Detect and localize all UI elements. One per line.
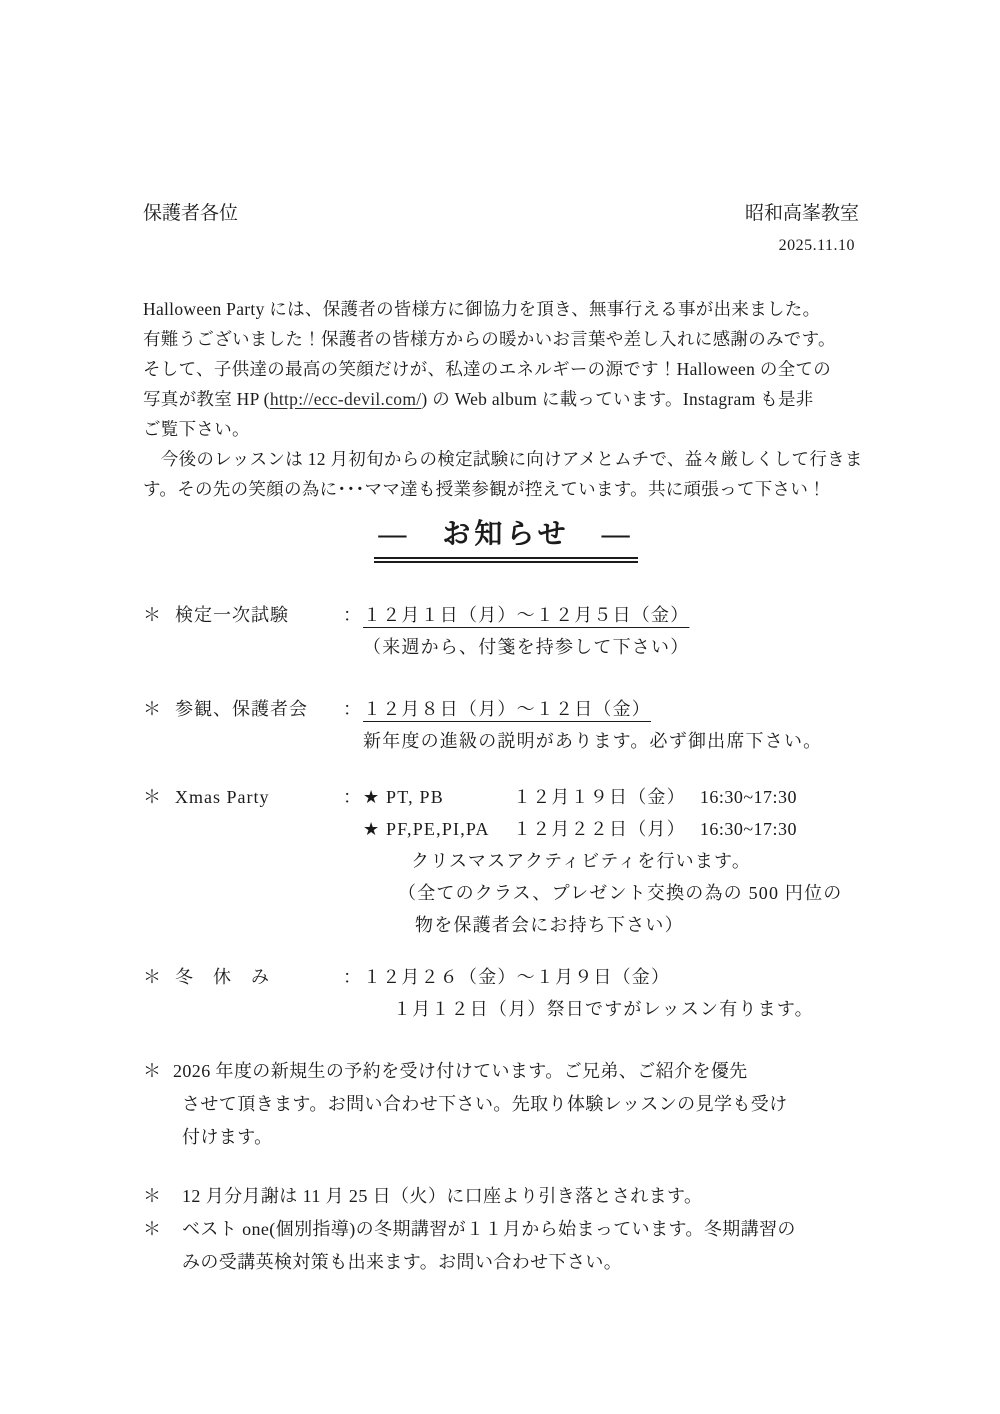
text-line: 付けます。 <box>182 1121 869 1154</box>
text-line: 有難うございました！保護者の皆様方からの暖かいお言葉や差し入れに感謝のみです。 <box>143 324 869 354</box>
observation-note: 新年度の進級の説明があります。必ず御出席下さい。 <box>363 725 869 757</box>
item-colon: ： <box>343 961 363 1025</box>
schedule-item-exam: ＊ 検定一次試験 ： １２月１日（月）～１２月５日（金） （来週から、付箋を持参… <box>143 599 869 663</box>
xmas-gift-note: 物を保護者会にお持ち下さい） <box>415 909 869 941</box>
announcement-heading-wrap: ― お知らせ ― <box>143 518 869 563</box>
item-label: 冬 休 み <box>175 961 343 1025</box>
item-content: １２月２６（金）～１月９日（金） １月１２日（月）祭日ですがレッスン有ります。 <box>363 961 869 1025</box>
xmas-activity-note: クリスマスアクティビティを行います。 <box>411 845 869 877</box>
item-colon: ： <box>343 781 363 941</box>
text-line: す。その先の笑顔の為に･･･ママ達も授業参観が控えています。共に頑張って下さい！ <box>143 474 869 504</box>
announcement-heading: ― お知らせ ― <box>374 518 637 563</box>
text-line-with-link: 写真が教室 HP (http://ecc-devil.com/) の Web a… <box>143 384 869 414</box>
asterisk-bullet-icon: ＊ <box>143 693 175 757</box>
xmas-date: １２月１９日（金） <box>513 781 686 813</box>
note-text: 2026 年度の新規生の予約を受け付けています。ご兄弟、ご紹介を優先 させて頂き… <box>182 1055 869 1154</box>
asterisk-bullet-icon: ＊ <box>143 781 175 941</box>
note-text: 12 月分月謝は 11 月 25 日（火）に口座より引き落とされます。 <box>182 1180 869 1213</box>
text-line: みの受講英検対策も出来ます。お問い合わせ下さい。 <box>182 1246 869 1279</box>
item-colon: ： <box>343 693 363 757</box>
exam-note: （来週から、付箋を持参して下さい） <box>363 631 869 663</box>
item-label: 参観、保護者会 <box>175 693 343 757</box>
asterisk-bullet-icon: ＊ <box>143 599 175 663</box>
note-tuition: ＊ 12 月分月謝は 11 月 25 日（火）に口座より引き落とされます。 <box>143 1180 869 1213</box>
winter-break-date-range: １２月２６（金）～１月９日（金） <box>363 961 869 993</box>
class-codes: ★ PT, PB <box>363 781 513 813</box>
item-label: Xmas Party <box>175 781 343 941</box>
text-line: Halloween Party には、保護者の皆様方に御協力を頂き、無事行える事… <box>143 294 869 324</box>
text-line: ベスト one(個別指導)の冬期講習が１１月から始まっています。冬期講習の <box>182 1213 869 1246</box>
note-best-one: ＊ ベスト one(個別指導)の冬期講習が１１月から始まっています。冬期講習の … <box>143 1213 869 1279</box>
xmas-schedule-row: ★ PT, PB １２月１９日（金） 16:30~17:30 <box>363 781 869 813</box>
observation-date-range: １２月８日（月）～１２日（金） <box>363 699 651 719</box>
link-suffix: ) の Web album に載っています。Instagram も是非 <box>421 389 813 409</box>
schedule-item-winter-break: ＊ 冬 休 み ： １２月２６（金）～１月９日（金） １月１２日（月）祭日ですが… <box>143 961 869 1025</box>
text-line: させて頂きます。お問い合わせ下さい。先取り体験レッスンの見学も受け <box>182 1088 869 1121</box>
schedule-item-observation: ＊ 参観、保護者会 ： １２月８日（月）～１２日（金） 新年度の進級の説明があり… <box>143 693 869 757</box>
item-content: ★ PT, PB １２月１９日（金） 16:30~17:30 ★ PF,PE,P… <box>363 781 869 941</box>
winter-break-note: １月１２日（月）祭日ですがレッスン有ります。 <box>393 993 869 1025</box>
text-line: 12 月分月謝は 11 月 25 日（火）に口座より引き落とされます。 <box>182 1180 869 1213</box>
xmas-date: １２月２２日（月） <box>513 813 686 845</box>
sender-block: 昭和高峯教室 2025.11.10 <box>745 200 869 259</box>
document-content: 保護者各位 昭和高峯教室 2025.11.10 Halloween Party … <box>143 200 869 1279</box>
asterisk-bullet-icon: ＊ <box>143 1213 182 1279</box>
xmas-schedule-row: ★ PF,PE,PI,PA １２月２２日（月） 16:30~17:30 <box>363 813 869 845</box>
text-line: 今後のレッスンは 12 月初旬からの検定試験に向けアメとムチで、益々厳しくして行… <box>143 444 869 474</box>
item-label: 検定一次試験 <box>175 599 343 663</box>
document-page: 保護者各位 昭和高峯教室 2025.11.10 Halloween Party … <box>0 0 1000 1414</box>
exam-date-range: １２月１日（月）～１２月５日（金） <box>363 605 689 625</box>
asterisk-bullet-icon: ＊ <box>143 961 175 1025</box>
text-line: ご覧下さい。 <box>143 414 869 444</box>
homepage-link[interactable]: http://ecc-devil.com/ <box>270 389 422 409</box>
text-line: 2026 年度の新規生の予約を受け付けています。ご兄弟、ご紹介を優先 <box>173 1055 869 1088</box>
link-prefix: 写真が教室 HP ( <box>143 389 270 409</box>
recipient-label: 保護者各位 <box>143 200 238 227</box>
item-content: １２月８日（月）～１２日（金） 新年度の進級の説明があります。必ず御出席下さい。 <box>363 693 869 757</box>
schedule-item-xmas-party: ＊ Xmas Party ： ★ PT, PB １２月１９日（金） 16:30~… <box>143 781 869 941</box>
asterisk-bullet-icon: ＊ <box>143 1180 182 1213</box>
class-codes: ★ PF,PE,PI,PA <box>363 813 513 845</box>
document-header: 保護者各位 昭和高峯教室 2025.11.10 <box>143 200 869 259</box>
school-name: 昭和高峯教室 <box>745 200 859 227</box>
text-line: そして、子供達の最高の笑顔だけが、私達のエネルギーの源です！Halloween … <box>143 354 869 384</box>
xmas-gift-note: （全てのクラス、プレゼント交換の為の 500 円位の <box>398 877 869 909</box>
note-new-students: ＊ 2026 年度の新規生の予約を受け付けています。ご兄弟、ご紹介を優先 させて… <box>143 1055 869 1154</box>
item-colon: ： <box>343 599 363 663</box>
item-content: １２月１日（月）～１２月５日（金） （来週から、付箋を持参して下さい） <box>363 599 869 663</box>
intro-paragraphs: Halloween Party には、保護者の皆様方に御協力を頂き、無事行える事… <box>143 294 869 504</box>
note-text: ベスト one(個別指導)の冬期講習が１１月から始まっています。冬期講習の みの… <box>182 1213 869 1279</box>
document-date: 2025.11.10 <box>745 232 859 259</box>
xmas-time: 16:30~17:30 <box>700 813 797 845</box>
xmas-time: 16:30~17:30 <box>700 781 797 813</box>
